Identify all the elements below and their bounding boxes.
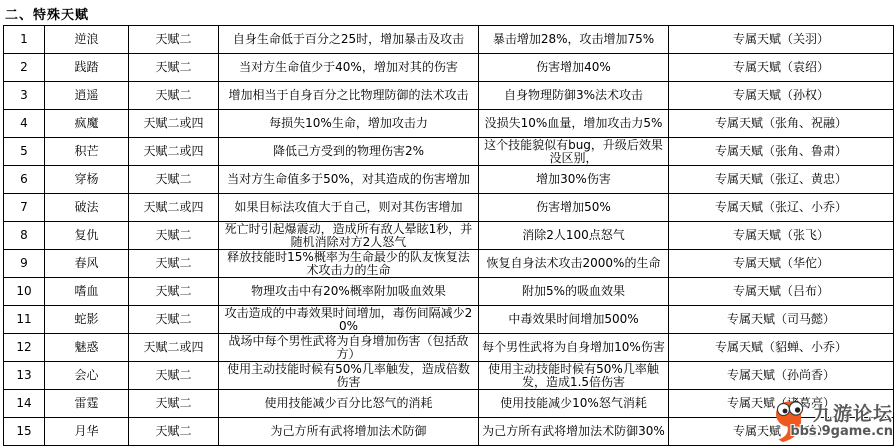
talent-effect-cell: 伤害增加50%	[479, 194, 669, 222]
talent-name-cell: 践踏	[45, 54, 129, 82]
table-row: 10 嗜血 天赋二 物理攻击中有20%概率附加吸血效果 附加5%的吸血效果 专属…	[4, 278, 894, 306]
talent-effect-cell: 中毒效果时间增加500%	[479, 306, 669, 334]
special-talents-table: 1 逆浪 天赋二 自身生命低于百分之25时，增加暴击及攻击 暴击增加28%，攻击…	[3, 25, 894, 446]
talent-description-cell: 当对方生命值少于40%，增加对其的伤害	[219, 54, 479, 82]
talent-name-cell: 魅惑	[45, 334, 129, 362]
talent-description-cell: 当对方生命值多于50%，对其造成的伤害增加	[219, 166, 479, 194]
table-row: 4 疯魔 天赋二或四 每损失10%生命，增加攻击力 没损失10%血量，增加攻击力…	[4, 110, 894, 138]
talent-effect-cell: 使用技能减少10%怒气消耗	[479, 390, 669, 418]
talent-name-cell: 穿杨	[45, 166, 129, 194]
talent-slot-cell: 天赋二或四	[129, 334, 219, 362]
talent-name-cell: 月华	[45, 418, 129, 446]
talent-effect-cell: 暴击增加28%，攻击增加75%	[479, 26, 669, 54]
row-number-cell: 7	[4, 194, 45, 222]
talent-slot-cell: 天赋二	[129, 166, 219, 194]
talent-description-cell: 为己方所有武将增加法术防御	[219, 418, 479, 446]
talent-description-cell: 如果目标法攻值大于自己，则对其伤害增加	[219, 194, 479, 222]
table-row: 9 春风 天赋二 释放技能时15%概率为生命最少的队友恢复法术攻击力的生命 恢复…	[4, 250, 894, 278]
talent-slot-cell: 天赋二	[129, 390, 219, 418]
table-row: 13 会心 天赋二 使用主动技能时候有50%几率触发，造成倍数伤害 使用主动技能…	[4, 362, 894, 390]
row-number-cell: 4	[4, 110, 45, 138]
talent-owner-cell: 专属天赋（貂蝉、小乔）	[669, 334, 894, 362]
row-number-cell: 3	[4, 82, 45, 110]
talent-slot-cell: 天赋二	[129, 54, 219, 82]
table-row: 8 复仇 天赋二 死亡时引起爆震动，造成所有敌人晕眩1秒，并随机消除对方2人怒气…	[4, 222, 894, 250]
talent-effect-cell: 恢复自身法术攻击2000%的生命	[479, 250, 669, 278]
talent-name-cell: 逆浪	[45, 26, 129, 54]
talent-owner-cell: 专属天赋（关羽）	[669, 26, 894, 54]
table-row: 3 逍遥 天赋二 增加相当于自身百分之比物理防御的法术攻击 自身物理防御3%法术…	[4, 82, 894, 110]
talent-description-cell: 降低己方受到的物理伤害2%	[219, 138, 479, 166]
talent-name-cell: 蛇影	[45, 306, 129, 334]
talent-description-cell: 释放技能时15%概率为生命最少的队友恢复法术攻击力的生命	[219, 250, 479, 278]
talent-owner-cell: 专属天赋（张飞）	[669, 222, 894, 250]
talent-name-cell: 嗜血	[45, 278, 129, 306]
talent-owner-cell: 专属天赋（袁绍）	[669, 54, 894, 82]
row-number-cell: 10	[4, 278, 45, 306]
talent-slot-cell: 天赋二	[129, 362, 219, 390]
talent-description-cell: 增加相当于自身百分之比物理防御的法术攻击	[219, 82, 479, 110]
talent-effect-cell: 增加30%伤害	[479, 166, 669, 194]
table-row: 6 穿杨 天赋二 当对方生命值多于50%，对其造成的伤害增加 增加30%伤害 专…	[4, 166, 894, 194]
talent-effect-cell: 每个男性武将为自身增加10%伤害	[479, 334, 669, 362]
talent-name-cell: 春风	[45, 250, 129, 278]
talent-description-cell: 使用技能减少百分比怒气的消耗	[219, 390, 479, 418]
table-row: 5 积芒 天赋二或四 降低己方受到的物理伤害2% 这个技能貌似有bug，升级后效…	[4, 138, 894, 166]
talent-name-cell: 破法	[45, 194, 129, 222]
talent-slot-cell: 天赋二或四	[129, 110, 219, 138]
page: 二、特殊天赋 1 逆浪 天赋二 自身生命低于百分之25时，增加暴击及攻击 暴击增…	[0, 0, 895, 446]
talent-owner-cell: 专属天赋（孙尚香）	[669, 362, 894, 390]
talent-description-cell: 每损失10%生命，增加攻击力	[219, 110, 479, 138]
talent-effect-cell: 附加5%的吸血效果	[479, 278, 669, 306]
table-row: 1 逆浪 天赋二 自身生命低于百分之25时，增加暴击及攻击 暴击增加28%，攻击…	[4, 26, 894, 54]
talent-description-cell: 战场中每个男性武将为自身增加伤害（包括敌方）	[219, 334, 479, 362]
row-number-cell: 15	[4, 418, 45, 446]
talent-name-cell: 疯魔	[45, 110, 129, 138]
talent-owner-cell: 专属天赋（张辽、黄忠）	[669, 166, 894, 194]
talent-description-cell: 死亡时引起爆震动，造成所有敌人晕眩1秒，并随机消除对方2人怒气	[219, 222, 479, 250]
talent-effect-cell: 没损失10%血量，增加攻击力5%	[479, 110, 669, 138]
talent-name-cell: 逍遥	[45, 82, 129, 110]
talent-effect-cell: 伤害增加40%	[479, 54, 669, 82]
table-row: 14 雷霆 天赋二 使用技能减少百分比怒气的消耗 使用技能减少10%怒气消耗 专…	[4, 390, 894, 418]
talent-slot-cell: 天赋二	[129, 222, 219, 250]
talent-owner-cell: 专属天赋（张角、鲁肃）	[669, 138, 894, 166]
talent-slot-cell: 天赋二	[129, 278, 219, 306]
talent-slot-cell: 天赋二或四	[129, 194, 219, 222]
talent-effect-cell: 为己方所有武将增加法术防御30%	[479, 418, 669, 446]
talent-effect-cell: 使用主动技能时候有50%几率触发，造成1.5倍伤害	[479, 362, 669, 390]
table-row: 11 蛇影 天赋二 攻击造成的中毒效果时间增加，毒伤间隔减少20% 中毒效果时间…	[4, 306, 894, 334]
talent-effect-cell: 自身物理防御3%法术攻击	[479, 82, 669, 110]
row-number-cell: 6	[4, 166, 45, 194]
table-body: 1 逆浪 天赋二 自身生命低于百分之25时，增加暴击及攻击 暴击增加28%，攻击…	[4, 26, 894, 446]
talent-effect-cell: 消除2人100点怒气	[479, 222, 669, 250]
talent-owner-cell: 专属天赋（司马懿）	[669, 306, 894, 334]
talent-name-cell: 会心	[45, 362, 129, 390]
table-row: 7 破法 天赋二或四 如果目标法攻值大于自己，则对其伤害增加 伤害增加50% 专…	[4, 194, 894, 222]
talent-effect-cell: 这个技能貌似有bug，升级后效果没区别，	[479, 138, 669, 166]
talent-slot-cell: 天赋二	[129, 250, 219, 278]
talent-slot-cell: 天赋二或四	[129, 138, 219, 166]
talent-owner-cell: 专属天赋（张辽、小乔）	[669, 194, 894, 222]
talent-slot-cell: 天赋二	[129, 26, 219, 54]
talent-name-cell: 复仇	[45, 222, 129, 250]
row-number-cell: 13	[4, 362, 45, 390]
row-number-cell: 5	[4, 138, 45, 166]
talent-slot-cell: 天赋二	[129, 306, 219, 334]
talent-owner-cell: 专属天赋（周瑜）	[669, 418, 894, 446]
row-number-cell: 2	[4, 54, 45, 82]
talent-description-cell: 物理攻击中有20%概率附加吸血效果	[219, 278, 479, 306]
talent-owner-cell: 专属天赋（诸葛亮）	[669, 390, 894, 418]
talent-owner-cell: 专属天赋（张角、祝融）	[669, 110, 894, 138]
talent-slot-cell: 天赋二	[129, 418, 219, 446]
page-title: 二、特殊天赋	[5, 4, 89, 23]
row-number-cell: 8	[4, 222, 45, 250]
talent-description-cell: 攻击造成的中毒效果时间增加，毒伤间隔减少20%	[219, 306, 479, 334]
row-number-cell: 1	[4, 26, 45, 54]
table-row: 15 月华 天赋二 为己方所有武将增加法术防御 为己方所有武将增加法术防御30%…	[4, 418, 894, 446]
row-number-cell: 12	[4, 334, 45, 362]
row-number-cell: 11	[4, 306, 45, 334]
talent-owner-cell: 专属天赋（孙权）	[669, 82, 894, 110]
talent-description-cell: 自身生命低于百分之25时，增加暴击及攻击	[219, 26, 479, 54]
talent-owner-cell: 专属天赋（吕布）	[669, 278, 894, 306]
table-row: 2 践踏 天赋二 当对方生命值少于40%，增加对其的伤害 伤害增加40% 专属天…	[4, 54, 894, 82]
talent-slot-cell: 天赋二	[129, 82, 219, 110]
row-number-cell: 9	[4, 250, 45, 278]
table-row: 12 魅惑 天赋二或四 战场中每个男性武将为自身增加伤害（包括敌方） 每个男性武…	[4, 334, 894, 362]
talent-owner-cell: 专属天赋（华佗）	[669, 250, 894, 278]
row-number-cell: 14	[4, 390, 45, 418]
talent-name-cell: 积芒	[45, 138, 129, 166]
talent-name-cell: 雷霆	[45, 390, 129, 418]
talent-description-cell: 使用主动技能时候有50%几率触发，造成倍数伤害	[219, 362, 479, 390]
